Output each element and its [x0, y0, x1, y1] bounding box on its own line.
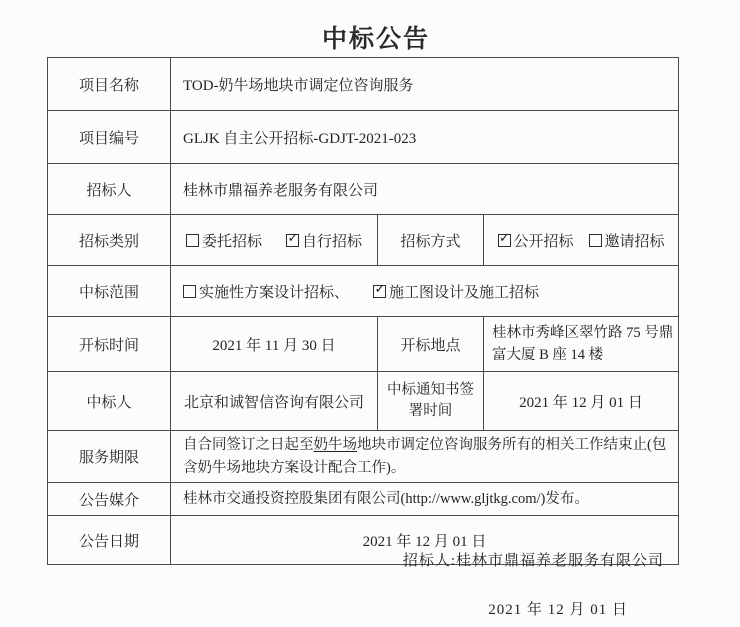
announcement-media-value: 桂林市交通投资控股集团有限公司(http://www.gljtkg.com/)发… [171, 483, 679, 516]
table-row: 招标人 桂林市鼎福养老服务有限公司 [48, 164, 679, 215]
project-number-label: 项目编号 [48, 111, 171, 164]
award-notice-sign-time-label: 中标通知书签署时间 [378, 372, 484, 431]
option-label: 邀请招标 [605, 234, 665, 250]
bid-opening-time-label: 开标时间 [48, 317, 171, 372]
service-period-label: 服务期限 [48, 431, 171, 483]
winner-value: 北京和诚智信咨询有限公司 [171, 372, 378, 431]
announcement-table: 项目名称 TOD-奶牛场地块市调定位咨询服务 项目编号 GLJK 自主公开招标-… [47, 57, 679, 565]
table-row: 项目名称 TOD-奶牛场地块市调定位咨询服务 [48, 58, 679, 111]
award-scope-label: 中标范围 [48, 266, 171, 317]
option-label: 委托招标 [202, 234, 262, 250]
project-name-label: 项目名称 [48, 58, 171, 111]
footer-tenderer-signature: 招标人:桂林市鼎福养老服务有限公司 [403, 549, 664, 570]
option-construction-design: 施工图设计及施工招标 [373, 285, 539, 301]
table-row: 公告媒介 桂林市交通投资控股集团有限公司(http://www.gljtkg.c… [48, 483, 679, 516]
table-row: 中标范围 实施性方案设计招标、施工图设计及施工招标 [48, 266, 679, 317]
option-label: 实施性方案设计招标、 [199, 285, 349, 301]
checkbox-checked-icon [498, 234, 511, 247]
table-row: 开标时间 2021 年 11 月 30 日 开标地点 桂林市秀峰区翠竹路 75 … [48, 317, 679, 372]
tender-category-label: 招标类别 [48, 215, 171, 266]
page-title: 中标公告 [0, 19, 740, 55]
table-row: 项目编号 GLJK 自主公开招标-GDJT-2021-023 [48, 111, 679, 164]
bid-opening-place-value: 桂林市秀峰区翠竹路 75 号鼎富大厦 B 座 14 楼 [484, 317, 679, 372]
service-period-text-underlined: 奶牛场 [314, 437, 358, 453]
checkbox-checked-icon [373, 285, 386, 298]
tenderer-value: 桂林市鼎福养老服务有限公司 [171, 164, 679, 215]
option-self-tender: 自行招标 [286, 234, 362, 250]
option-label: 公开招标 [514, 234, 574, 250]
service-period-text-prefix: 自合同签订之日起至 [183, 437, 314, 453]
announcement-date-label: 公告日期 [48, 516, 171, 565]
tenderer-label: 招标人 [48, 164, 171, 215]
award-scope-options: 实施性方案设计招标、施工图设计及施工招标 [171, 266, 679, 317]
option-invited-tender: 邀请招标 [589, 234, 665, 250]
table-row: 招标类别 委托招标自行招标 招标方式 公开招标邀请招标 [48, 215, 679, 266]
checkbox-unchecked-icon [589, 234, 602, 247]
announcement-media-label: 公告媒介 [48, 483, 171, 516]
checkbox-unchecked-icon [183, 285, 196, 298]
option-entrusted-tender: 委托招标 [186, 234, 262, 250]
checkbox-unchecked-icon [186, 234, 199, 247]
winner-label: 中标人 [48, 372, 171, 431]
option-implementation-design: 实施性方案设计招标、 [183, 285, 349, 301]
service-period-value: 自合同签订之日起至奶牛场地块市调定位咨询服务所有的相关工作结束止(包含奶牛场地块… [171, 431, 679, 483]
option-open-tender: 公开招标 [498, 234, 574, 250]
footer-date: 2021 年 12 月 01 日 [488, 598, 628, 619]
checkbox-checked-icon [286, 234, 299, 247]
project-name-value: TOD-奶牛场地块市调定位咨询服务 [171, 58, 679, 111]
table-row: 中标人 北京和诚智信咨询有限公司 中标通知书签署时间 2021 年 12 月 0… [48, 372, 679, 431]
option-label: 施工图设计及施工招标 [389, 285, 539, 301]
tender-method-label: 招标方式 [378, 215, 484, 266]
tender-category-options: 委托招标自行招标 [171, 215, 378, 266]
tender-method-options: 公开招标邀请招标 [484, 215, 679, 266]
bid-opening-place-label: 开标地点 [378, 317, 484, 372]
bid-opening-time-value: 2021 年 11 月 30 日 [171, 317, 378, 372]
table-row: 服务期限 自合同签订之日起至奶牛场地块市调定位咨询服务所有的相关工作结束止(包含… [48, 431, 679, 483]
option-label: 自行招标 [302, 234, 362, 250]
project-number-value: GLJK 自主公开招标-GDJT-2021-023 [171, 111, 679, 164]
award-notice-sign-time-value: 2021 年 12 月 01 日 [484, 372, 679, 431]
